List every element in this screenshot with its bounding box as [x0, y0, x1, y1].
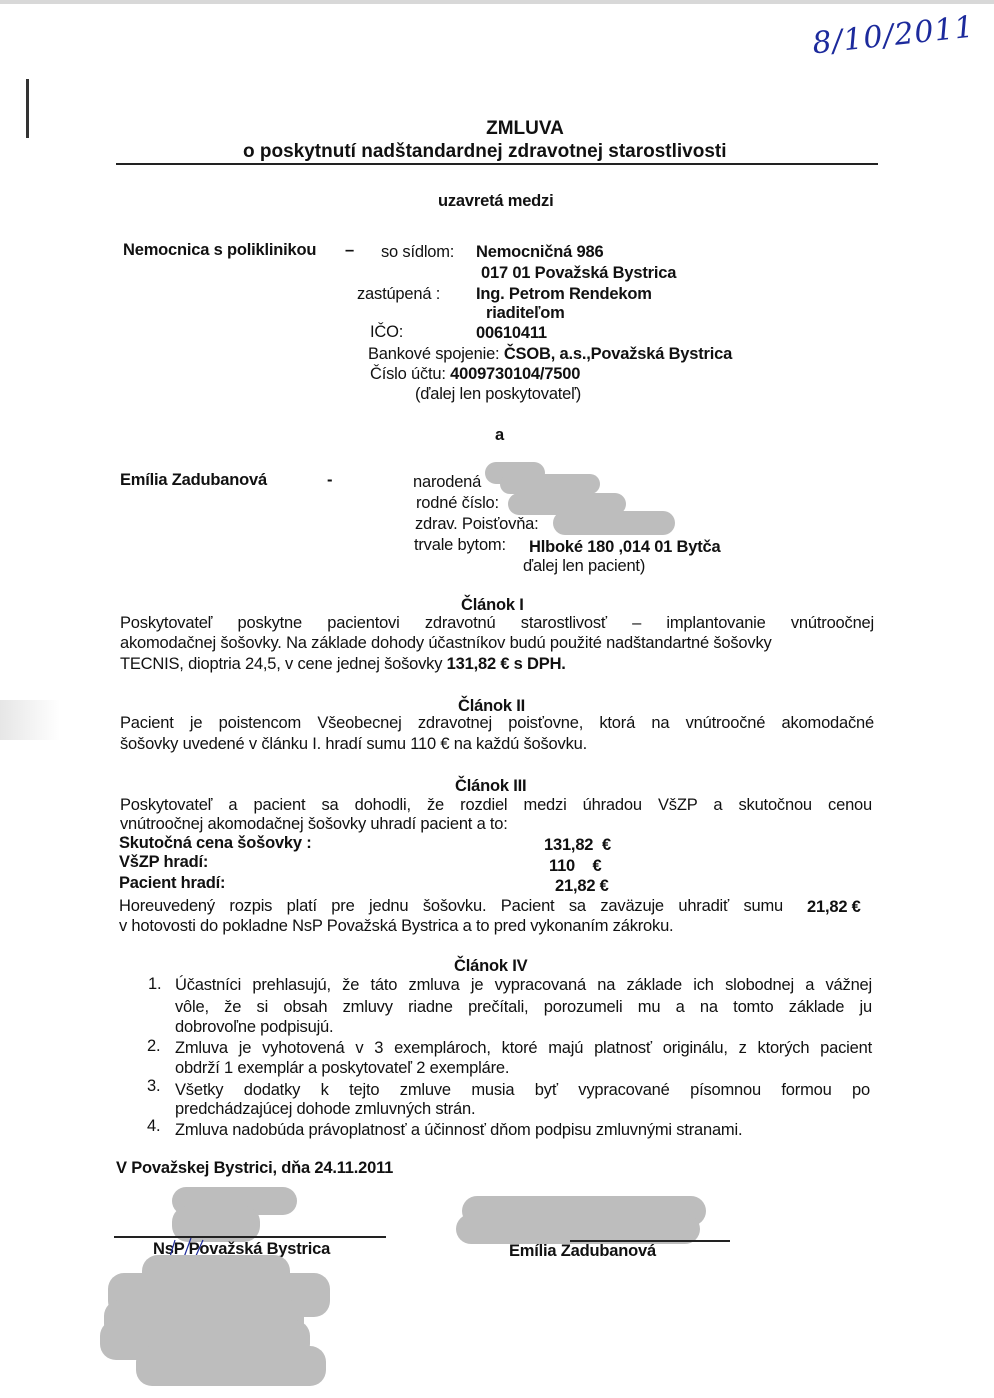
- document-title: ZMLUVA: [0, 118, 994, 140]
- provider-name: Nemocnica s poliklinikou: [123, 241, 316, 260]
- and-label: a: [495, 426, 504, 445]
- breakdown-value-vszp: 110 €: [549, 857, 602, 876]
- item-number: 3.: [147, 1077, 160, 1096]
- article-3-line-2: vnútroočnej akomodačnej šošovky uhradí p…: [120, 815, 508, 834]
- address-label: trvale bytom:: [414, 536, 506, 555]
- scan-smudge: [0, 700, 60, 740]
- ico-label: IČO:: [370, 323, 403, 342]
- article-3-line-1: Poskytovateľ a pacient sa dohodli, že ro…: [120, 795, 872, 815]
- redaction-stamp-5: [136, 1346, 326, 1386]
- handwritten-date-note: 8/10/2011: [811, 10, 977, 62]
- item-2-line-2: obdrží 1 exemplár a poskytovateľ 2 exemp…: [175, 1059, 509, 1078]
- price-with-vat: 131,82 € s DPH.: [447, 655, 566, 673]
- article-2-line-1: Pacient je poistencom Všeobecnej zdravot…: [120, 713, 874, 733]
- provider-hereinafter: (ďalej len poskytovateľ): [415, 385, 581, 404]
- item-1-line-2: vôle, že si obsah zmluvy riadne prečítal…: [175, 997, 872, 1017]
- item-number: 2.: [147, 1037, 160, 1056]
- item-3-line-2: predchádzajúcej dohode zmluvných strán.: [175, 1100, 475, 1119]
- seat-label: so sídlom:: [381, 243, 454, 262]
- patient-name: Emília Zadubanová: [120, 471, 267, 490]
- insurer-label: zdrav. Poisťovňa:: [415, 515, 539, 534]
- seat-line1: Nemocničná 986: [476, 243, 603, 262]
- represented-label: zastúpená :: [357, 285, 440, 304]
- patient-dash: -: [327, 471, 332, 490]
- article-2-line-2: šošovky uvedené v článku I. hradí sumu 1…: [120, 735, 587, 754]
- redaction-born-2: [500, 474, 600, 494]
- item-number: 1.: [148, 975, 161, 994]
- represented-role: riaditeľom: [486, 304, 565, 323]
- born-label: narodená: [413, 473, 481, 492]
- breakdown-value-actual-price: 131,82 €: [544, 836, 611, 855]
- represented-name: Ing. Petrom Rendekom: [476, 285, 652, 304]
- account-value: 4009730104/7500: [450, 365, 580, 383]
- title-underline: [116, 163, 878, 165]
- article-heading: Článok IV: [454, 957, 527, 976]
- breakdown-label-vszp: VšZP hradí:: [119, 853, 208, 872]
- provider-dash: –: [345, 241, 354, 260]
- bank-label-text: Bankové spojenie:: [368, 345, 499, 363]
- ico-value: 00610411: [476, 324, 547, 343]
- breakdown-label-patient: Pacient hradí:: [119, 874, 225, 893]
- signature-label-right: Emília Zadubanová: [509, 1242, 656, 1261]
- signature-line-left: [114, 1236, 386, 1238]
- breakdown-value-patient: 21,82 €: [555, 877, 609, 896]
- account-line: Číslo účtu: 4009730104/7500: [370, 365, 580, 384]
- patient-obligation-amount: 21,82 €: [807, 898, 861, 917]
- item-2-line-1: Zmluva je vyhotovená v 3 exemplároch, kt…: [175, 1038, 872, 1058]
- breakdown-label-actual-price: Skutočná cena šošovky :: [119, 834, 312, 853]
- article-3-after-line-1: Horeuvedený rozpis platí pre jednu šošov…: [119, 896, 783, 916]
- redaction-insurer: [553, 511, 675, 535]
- article-1-line-3: TECNIS, dioptria 24,5, v cene jednej šoš…: [120, 655, 566, 674]
- item-3-line-1: Všetky dodatky k tejto zmluve musia byť …: [175, 1080, 870, 1100]
- place-and-date: V Považskej Bystrici, dňa 24.11.2011: [116, 1159, 393, 1178]
- item-4-line-1: Zmluva nadobúda právoplatnosť a účinnosť…: [175, 1121, 742, 1140]
- patient-hereinafter: ďalej len pacient): [523, 557, 645, 576]
- article-1-line-3-text: TECNIS, dioptria 24,5, v cene jednej šoš…: [120, 655, 447, 673]
- seat-line2: 017 01 Považská Bystrica: [481, 264, 676, 283]
- item-number: 4.: [147, 1117, 160, 1136]
- bank-label: Bankové spojenie: ČSOB, a.s.,Považská By…: [368, 345, 732, 364]
- item-1-line-1: Účastníci prehlasujú, že táto zmluva je …: [175, 975, 872, 995]
- article-heading: Článok III: [455, 777, 526, 796]
- bank-value: ČSOB, a.s.,Považská Bystrica: [504, 345, 732, 363]
- document-subtitle: o poskytnutí nadštandardnej zdravotnej s…: [243, 141, 727, 163]
- account-label: Číslo účtu:: [370, 365, 446, 383]
- scan-edge: [0, 0, 994, 4]
- item-1-line-3: dobrovoľne podpisujú.: [175, 1018, 333, 1037]
- article-1-line-1: Poskytovateľ poskytne pacientovi zdravot…: [120, 613, 874, 633]
- between-label: uzavretá medzi: [438, 192, 554, 211]
- birth-number-label: rodné číslo:: [416, 494, 499, 513]
- article-3-after-line-2: v hotovosti do pokladne NsP Považská Bys…: [119, 917, 673, 936]
- article-1-line-2: akomodačnej šošovky. Na základe dohody ú…: [120, 634, 772, 653]
- address-value: Hlboké 180 ,014 01 Bytča: [529, 538, 720, 557]
